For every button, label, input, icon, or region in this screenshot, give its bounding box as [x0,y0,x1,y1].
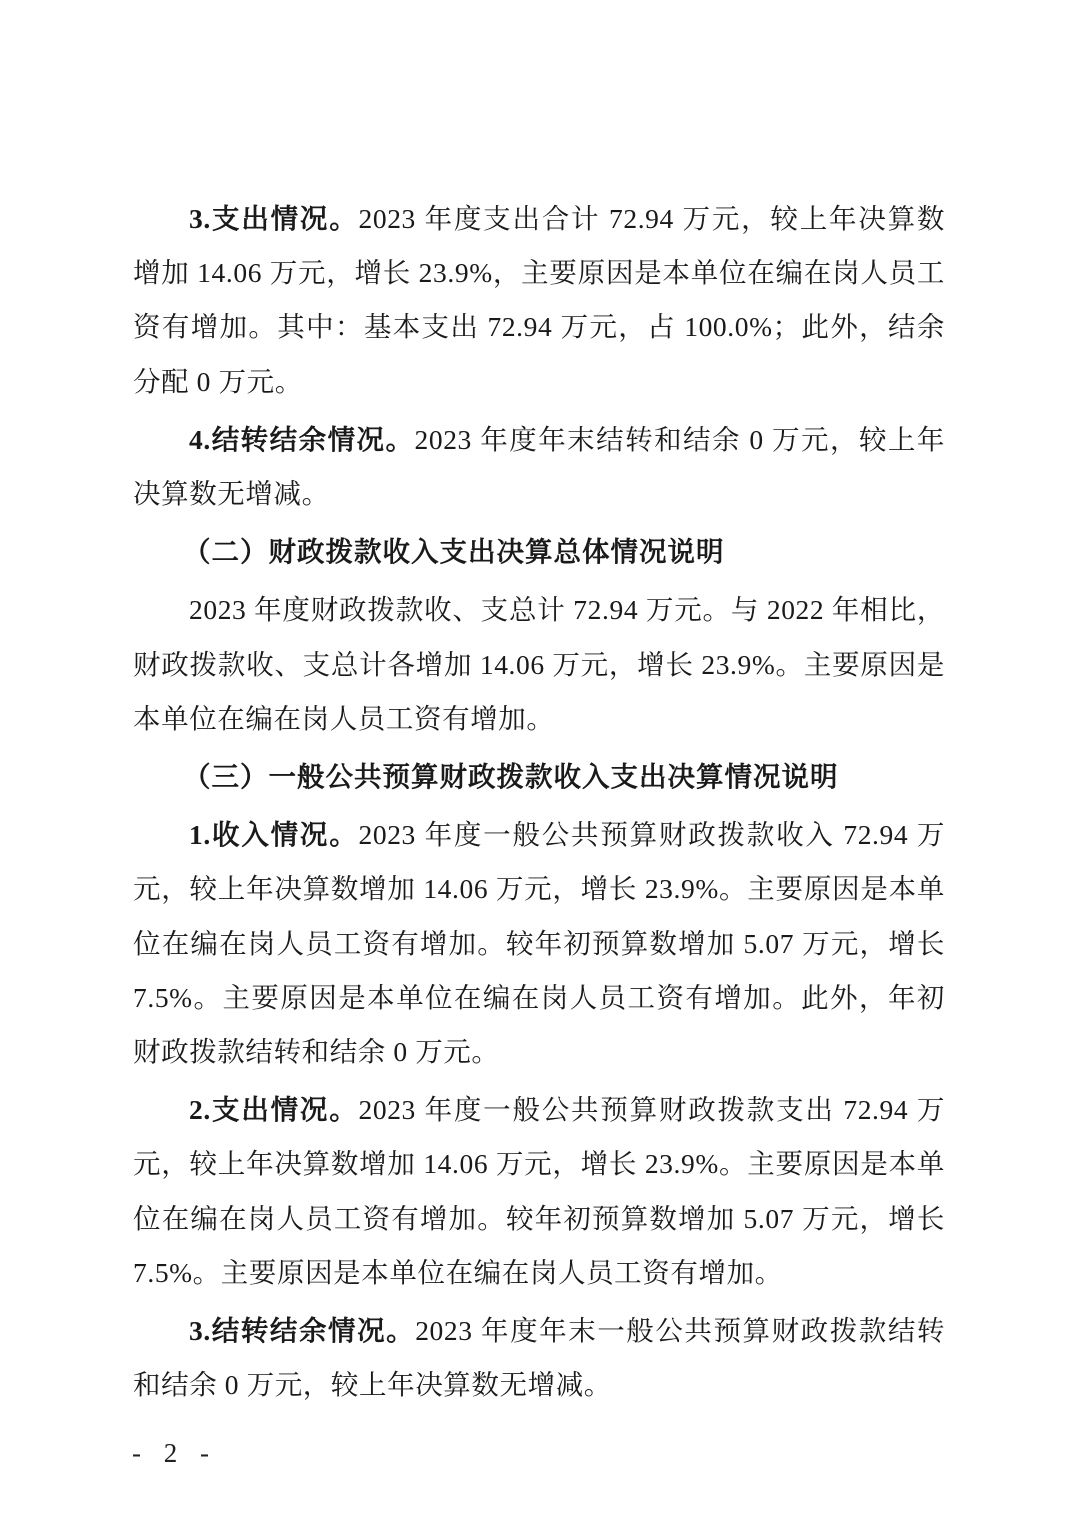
document-page: 3.支出情况。2023 年度支出合计 72.94 万元，较上年决算数增加 14.… [133,192,945,1416]
section-heading-2: （二）财政拨款收入支出决算总体情况说明 [133,525,945,579]
paragraph-general-expenditure: 2.支出情况。2023 年度一般公共预算财政拨款支出 72.94 万元，较上年决… [133,1083,945,1300]
paragraph-lead: 3.结转结余情况。 [189,1315,415,1346]
paragraph-lead: 3.支出情况。 [189,203,359,234]
paragraph-text: 2023 年度财政拨款收、支总计 72.94 万元。与 2022 年相比，财政拨… [133,594,945,733]
section-heading-3: （三）一般公共预算财政拨款收入支出决算情况说明 [133,750,945,804]
paragraph-lead: 1.收入情况。 [189,819,359,850]
paragraph-general-carryover: 3.结转结余情况。2023 年度年末一般公共预算财政拨款结转和结余 0 万元，较… [133,1304,945,1412]
paragraph-lead: 2.支出情况。 [189,1094,359,1125]
page-number: - 2 - [132,1438,217,1469]
paragraph-general-income: 1.收入情况。2023 年度一般公共预算财政拨款收入 72.94 万元，较上年决… [133,808,945,1079]
paragraph-lead: 4.结转结余情况。 [189,424,415,455]
paragraph-fiscal-total: 2023 年度财政拨款收、支总计 72.94 万元。与 2022 年相比，财政拨… [133,583,945,746]
paragraph-carryover: 4.结转结余情况。2023 年度年末结转和结余 0 万元，较上年决算数无增减。 [133,413,945,521]
paragraph-expenditure: 3.支出情况。2023 年度支出合计 72.94 万元，较上年决算数增加 14.… [133,192,945,409]
paragraph-text: 2023 年度一般公共预算财政拨款收入 72.94 万元，较上年决算数增加 14… [133,819,945,1067]
